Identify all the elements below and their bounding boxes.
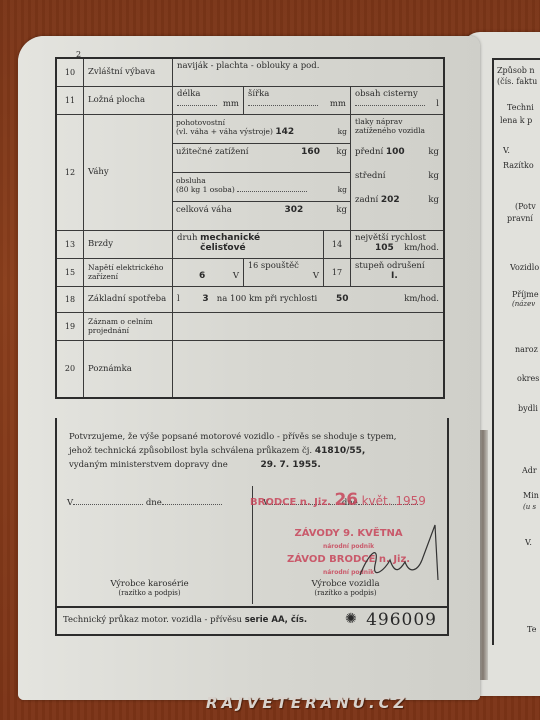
- row-label: Poznámka: [84, 340, 173, 398]
- interference-suppression: stupeň odrušeníI.: [351, 258, 445, 286]
- row-weights: 12 Váhy pohotovostní(vl. váha + váha výs…: [56, 114, 444, 230]
- row-number: 15: [56, 258, 84, 286]
- row-cargo-area: 11 Ložná plocha délkamm šířkamm obsah ci…: [56, 86, 444, 114]
- row-electrical: 15 Napětí elektrického zařízení 6V 16 sp…: [56, 258, 444, 286]
- right-fragment: V.: [525, 538, 532, 547]
- row-number: 11: [56, 86, 84, 114]
- right-fragment: okres: [517, 374, 539, 383]
- right-fragment: pravní: [507, 214, 533, 223]
- right-fragment: naroz: [515, 345, 538, 354]
- row-consumption: 18 Základní spotřeba l 3 na 100 km při r…: [56, 286, 444, 312]
- row-label: Základní spotřeba: [84, 286, 173, 312]
- weight-total: celková váha 302kg: [173, 201, 350, 230]
- row-number: 17: [324, 258, 351, 286]
- length-field: délkamm: [173, 86, 244, 114]
- row-number: 12: [56, 114, 84, 230]
- row-number: 18: [56, 286, 84, 312]
- certification-text: Potvrzujeme, že výše popsané motorové vo…: [69, 430, 439, 472]
- special-equipment-value: naviják - plachta - oblouky a pod.: [173, 58, 445, 86]
- row-label: Napětí elektrického zařízení: [84, 258, 173, 286]
- right-fragment: bydli: [518, 404, 538, 413]
- right-fragment: Min: [523, 491, 539, 500]
- body-maker-signature: V dne Výrobce karosérie(razítko a podpis…: [57, 486, 242, 604]
- weight-crew: obsluha(80 kg 1 osoba) kg: [173, 172, 350, 201]
- document-footer: Technický průkaz motor. vozidla - přívěs…: [55, 606, 449, 636]
- right-fragment: (Potv: [515, 202, 536, 211]
- width-field: šířkamm: [244, 86, 351, 114]
- row-number: 13: [56, 230, 84, 258]
- brake-type: druh mechanické čelisťové: [173, 230, 324, 258]
- row-label: Záznam o celním projednání: [84, 312, 173, 340]
- note-value: [173, 340, 445, 398]
- axle-front: přední 100kg: [355, 147, 439, 157]
- starter-field: 16 spouštěčV: [244, 258, 324, 286]
- serial-number: 496009: [366, 610, 437, 630]
- weights-cell: pohotovostní(vl. váha + váha výstroje) 1…: [173, 114, 351, 230]
- right-fragment: Způsob n: [497, 66, 535, 75]
- row-note: 20 Poznámka: [56, 340, 444, 398]
- row-number: 14: [324, 230, 351, 258]
- axle-title: tlaky náprav zatíženého vozidla: [355, 117, 439, 135]
- right-fragment: Razítko: [503, 161, 534, 170]
- axle-loads-cell: tlaky náprav zatíženého vozidla přední 1…: [351, 114, 445, 230]
- right-fragment: (název: [512, 300, 535, 308]
- weight-operating: pohotovostní(vl. váha + váha výstroje) 1…: [173, 115, 350, 144]
- row-label: Váhy: [84, 114, 173, 230]
- right-fragment: Te: [527, 625, 536, 634]
- right-fragment: Příjme: [512, 290, 539, 299]
- consumption-value: l 3 na 100 km při rychlosti 50km/hod.: [173, 286, 445, 312]
- right-fragment: (u s: [523, 503, 536, 511]
- row-label: Zvláštní výbava: [84, 58, 173, 86]
- row-number: 10: [56, 58, 84, 86]
- weight-payload: užitečné zatížení 160kg: [173, 143, 350, 172]
- watermark: RAJVETERANU.CZ: [206, 694, 409, 712]
- row-label: Brzdy: [84, 230, 173, 258]
- right-fragment: V.: [503, 146, 510, 155]
- row-brakes: 13 Brzdy druh mechanické čelisťové 14 ne…: [56, 230, 444, 258]
- handwritten-signature: [350, 520, 445, 595]
- right-fragment: (čís. faktu: [497, 77, 537, 86]
- row-customs: 19 Záznam o celním projednání: [56, 312, 444, 340]
- tank-capacity-field: obsah cisternyl: [351, 86, 445, 114]
- right-fragment: Techni: [507, 103, 534, 112]
- row-special-equipment: 10 Zvláštní výbava naviják - plachta - o…: [56, 58, 444, 86]
- vehicle-spec-table: 10 Zvláštní výbava naviják - plachta - o…: [55, 57, 445, 399]
- max-speed: největší rychlost105km/hod.: [351, 230, 445, 258]
- approval-date: 29. 7. 1955.: [260, 460, 320, 470]
- row-number: 20: [56, 340, 84, 398]
- axle-middle: středníkg: [355, 171, 439, 181]
- right-fragment: lena k p: [500, 116, 532, 125]
- row-label: Ložná plocha: [84, 86, 173, 114]
- right-fragment: Adr: [522, 466, 537, 475]
- approval-number: 41810/55,: [315, 446, 366, 456]
- axle-rear: zadní 202kg: [355, 195, 439, 205]
- ornament-icon: ✺: [345, 611, 357, 627]
- date-stamp: BRODCE n. Jiz. 26 květ. 1959: [250, 490, 426, 510]
- customs-value: [173, 312, 445, 340]
- voltage-field: 6V: [173, 258, 244, 286]
- row-number: 19: [56, 312, 84, 340]
- right-fragment: Vozidlo: [510, 263, 539, 272]
